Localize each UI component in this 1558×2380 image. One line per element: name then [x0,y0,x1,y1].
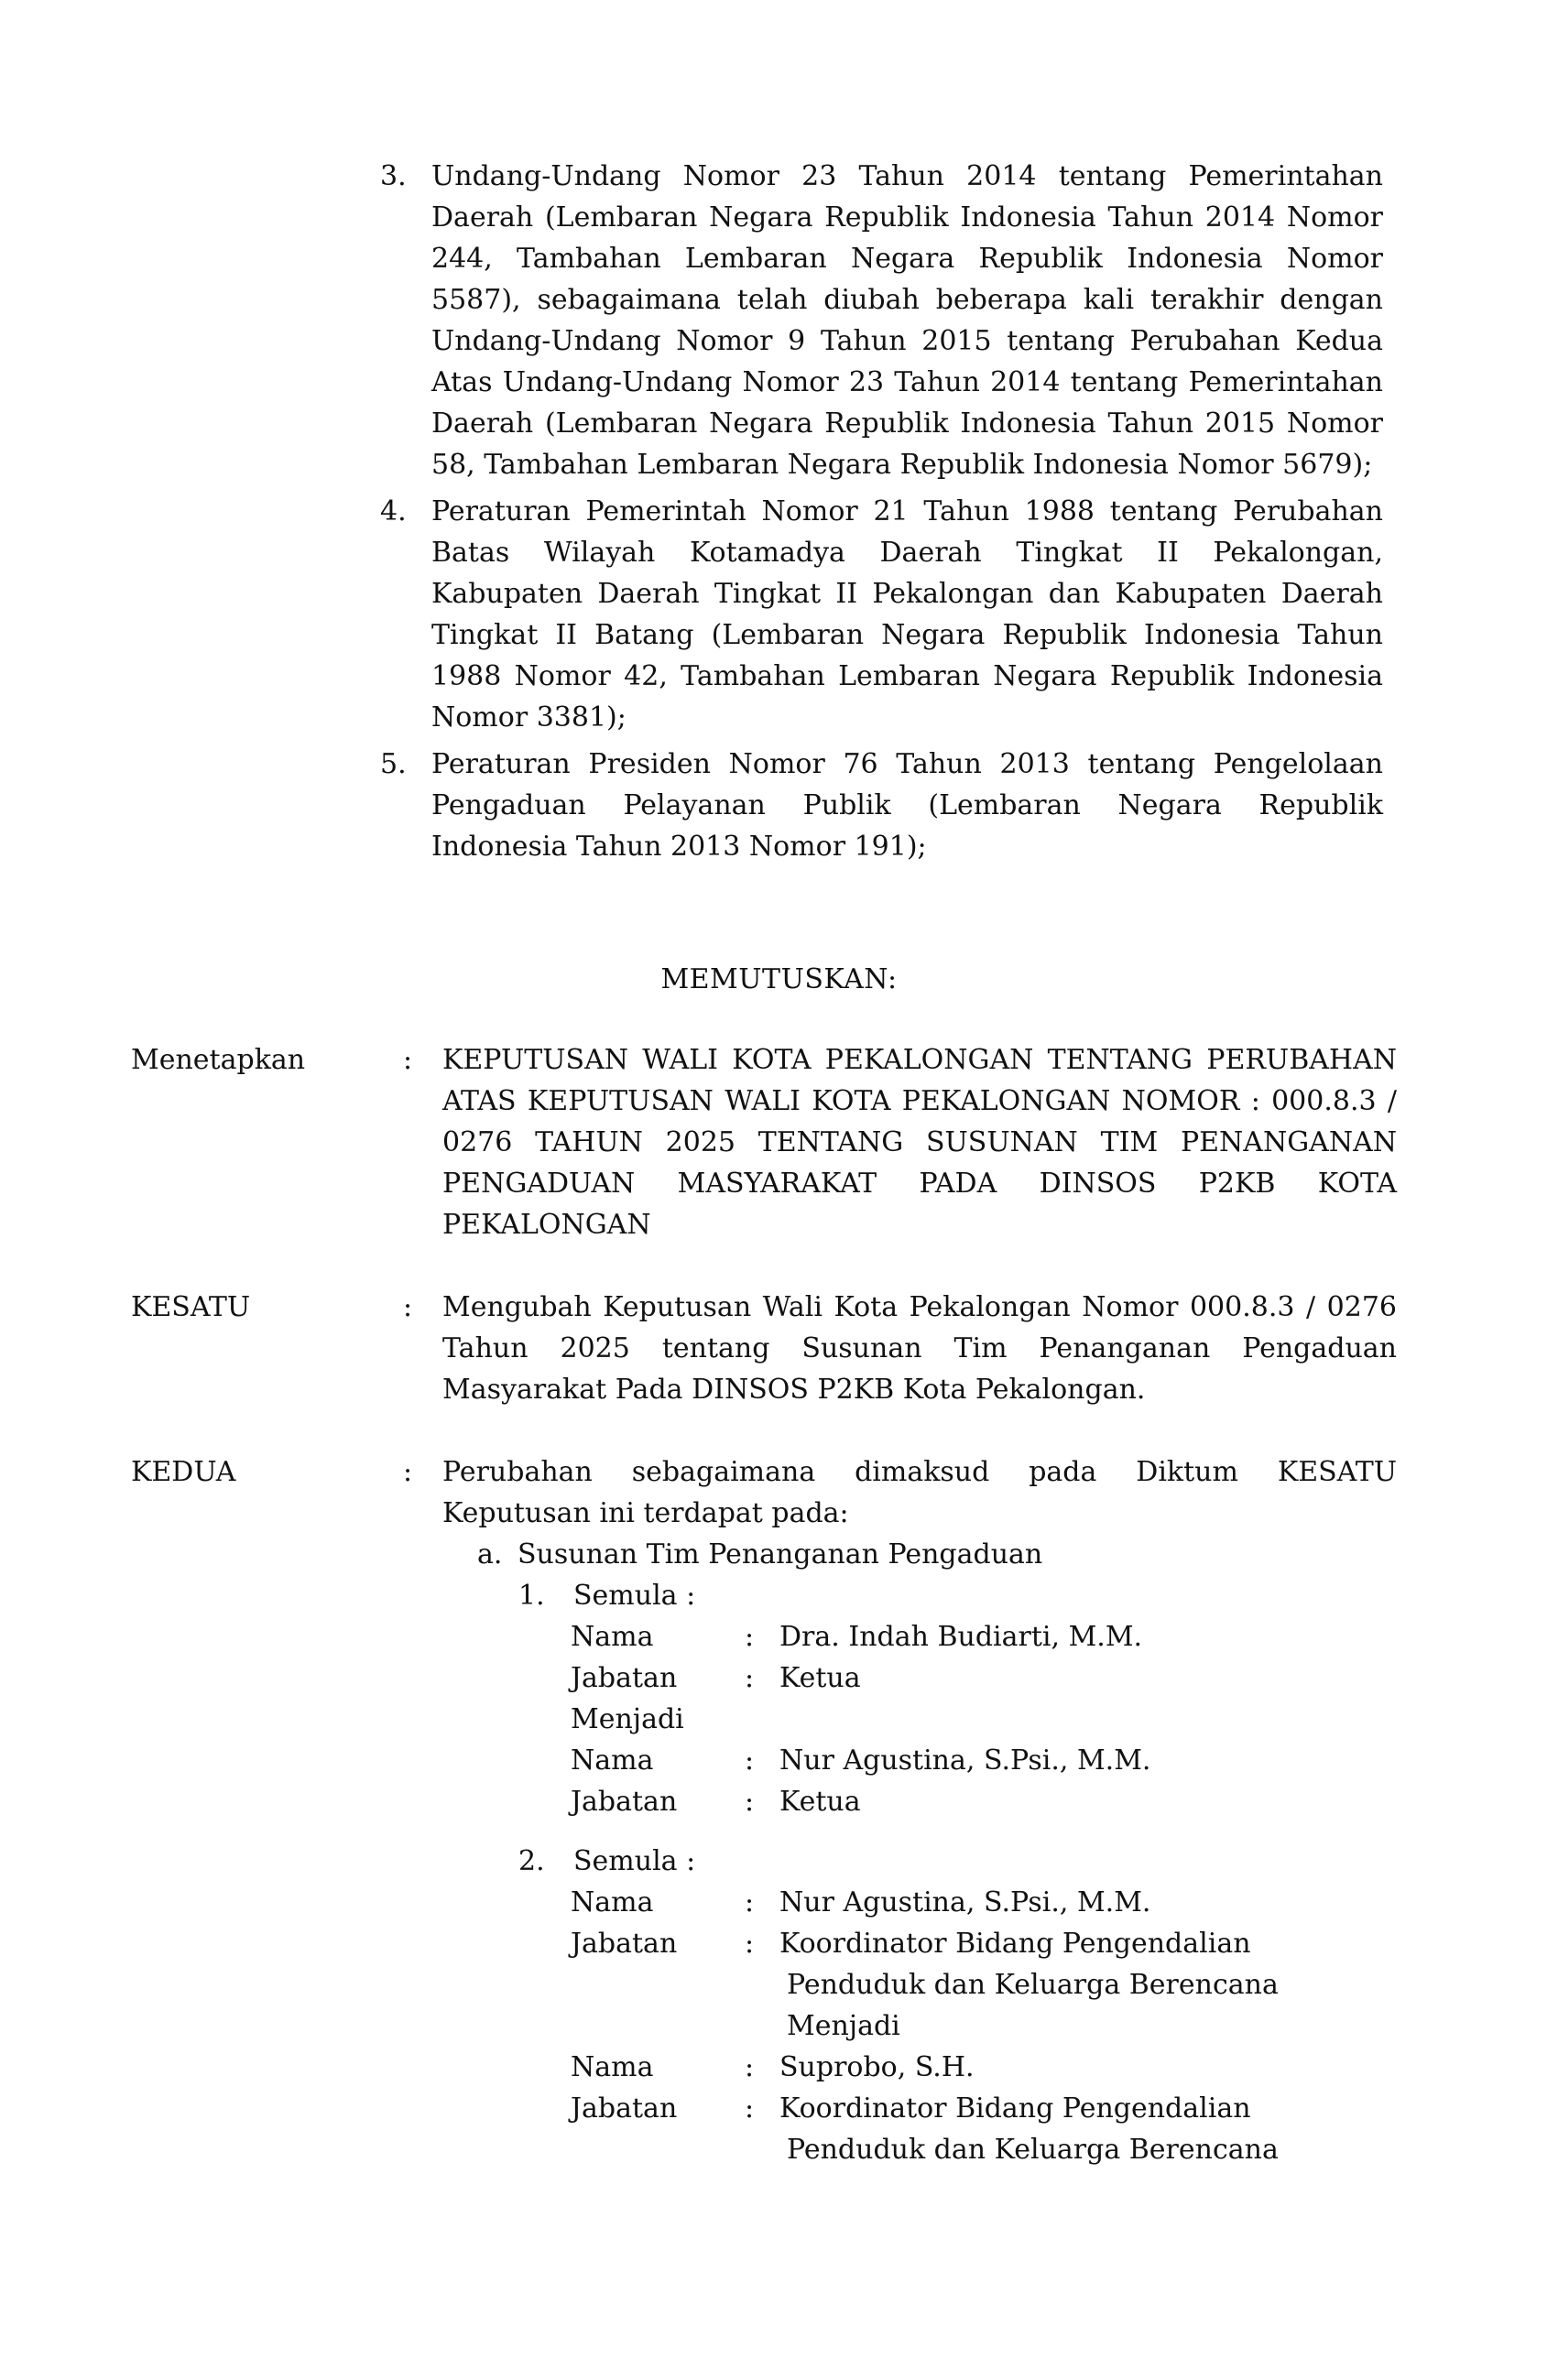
before-nama-row: Nama : Nur Agustina, S.Psi., M.M. [518,1882,1397,1923]
diktum-kesatu: KESATU : Mengubah Keputusan Wali Kota Pe… [131,1287,1397,1410]
document-page: 3. Undang-Undang Nomor 23 Tahun 2014 ten… [0,0,1558,2380]
diktum-text: Perubahan sebagaimana dimaksud pada Dikt… [442,1451,1397,1534]
sub-item-marker: a. [477,1534,502,1575]
jabatan-line-1: Koordinator Bidang Pengendalian [779,2092,1251,2125]
menjadi-label: Menjadi [787,2005,1397,2047]
after-jabatan-row: Jabatan : Ketua [518,1781,1397,1822]
field-label: Jabatan [571,1923,745,2047]
field-colon: : [745,2088,779,2170]
change-number: 2. [518,1841,545,1882]
change-item: 2. Semula : Nama : Nur Agustina, S.Psi.,… [518,1841,1397,2170]
field-label: Jabatan [571,1657,745,1699]
jabatan-line-2: Penduduk dan Keluarga Berencana [787,1964,1397,2005]
item-text: Peraturan Presiden Nomor 76 Tahun 2013 t… [431,748,1383,863]
diktum-body: Perubahan sebagaimana dimaksud pada Dikt… [442,1451,1397,2170]
item-number: 4. [380,491,407,532]
item-text: Peraturan Pemerintah Nomor 21 Tahun 1988… [431,495,1383,734]
diktum-label: KEDUA [131,1451,235,1493]
field-value: Ketua [779,1657,1397,1699]
legal-basis-item-4: 4. Peraturan Pemerintah Nomor 21 Tahun 1… [380,491,1383,738]
jabatan-line-2: Penduduk dan Keluarga Berencana [787,2129,1397,2170]
change-item: 1. Semula : Nama : Dra. Indah Budiarti, … [518,1575,1397,1822]
item-number: 5. [380,744,407,785]
legal-basis-item-3: 3. Undang-Undang Nomor 23 Tahun 2014 ten… [380,156,1383,485]
field-value: Nur Agustina, S.Psi., M.M. [779,1740,1397,1781]
field-colon: : [745,1657,779,1699]
decision-heading: MEMUTUSKAN: [0,959,1558,1000]
field-value: Nur Agustina, S.Psi., M.M. [779,1882,1397,1923]
change-head: 2. Semula : [518,1841,1397,1882]
field-colon: : [745,2047,779,2088]
field-label: Jabatan [571,2088,745,2170]
field-label: Nama [571,1740,745,1781]
legal-basis-list: 3. Undang-Undang Nomor 23 Tahun 2014 ten… [380,156,1383,873]
field-colon: : [745,1781,779,1822]
change-list: 1. Semula : Nama : Dra. Indah Budiarti, … [518,1575,1397,2170]
field-label: Nama [571,2047,745,2088]
diktum-menetapkan: Menetapkan : KEPUTUSAN WALI KOTA PEKALON… [131,1039,1397,1245]
diktum-colon: : [403,1287,412,1328]
field-value: Dra. Indah Budiarti, M.M. [779,1616,1397,1657]
field-colon: : [745,1882,779,1923]
field-colon: : [745,1740,779,1781]
menjadi-label: Menjadi [518,1699,1397,1740]
field-value: Koordinator Bidang Pengendalian Penduduk… [779,1923,1397,2047]
field-label: Nama [571,1616,745,1657]
jabatan-line-1: Koordinator Bidang Pengendalian [779,1928,1251,1960]
after-nama-row: Nama : Suprobo, S.H. [518,2047,1397,2088]
legal-basis-item-5: 5. Peraturan Presiden Nomor 76 Tahun 201… [380,744,1383,867]
diktum-colon: : [403,1451,412,1493]
field-label: Nama [571,1882,745,1923]
after-jabatan-row: Jabatan : Koordinator Bidang Pengendalia… [518,2088,1397,2170]
after-nama-row: Nama : Nur Agustina, S.Psi., M.M. [518,1740,1397,1781]
diktum-label: KESATU [131,1287,250,1328]
sub-item-a: a. Susunan Tim Penanganan Pengaduan [442,1534,1397,1575]
field-colon: : [745,1923,779,2047]
item-number: 3. [380,156,407,197]
field-value: Ketua [779,1781,1397,1822]
field-value: Koordinator Bidang Pengendalian Penduduk… [779,2088,1397,2170]
diktum-text: KEPUTUSAN WALI KOTA PEKALONGAN TENTANG P… [442,1039,1397,1245]
field-colon: : [745,1616,779,1657]
change-head-label: Semula : [573,1845,695,1877]
change-head: 1. Semula : [518,1575,1397,1616]
diktum-kedua: KEDUA : Perubahan sebagaimana dimaksud p… [131,1451,1397,2170]
item-text: Undang-Undang Nomor 23 Tahun 2014 tentan… [431,160,1383,481]
diktum-text: Mengubah Keputusan Wali Kota Pekalongan … [442,1287,1397,1410]
before-nama-row: Nama : Dra. Indah Budiarti, M.M. [518,1616,1397,1657]
diktum-label: Menetapkan [131,1039,305,1081]
before-jabatan-row: Jabatan : Ketua [518,1657,1397,1699]
change-number: 1. [518,1575,545,1616]
field-label: Jabatan [571,1781,745,1822]
diktum-colon: : [403,1039,412,1081]
field-value: Suprobo, S.H. [779,2047,1397,2088]
sub-item-title: Susunan Tim Penanganan Pengaduan [518,1538,1042,1570]
change-head-label: Semula : [573,1580,695,1612]
before-jabatan-row: Jabatan : Koordinator Bidang Pengendalia… [518,1923,1397,2047]
